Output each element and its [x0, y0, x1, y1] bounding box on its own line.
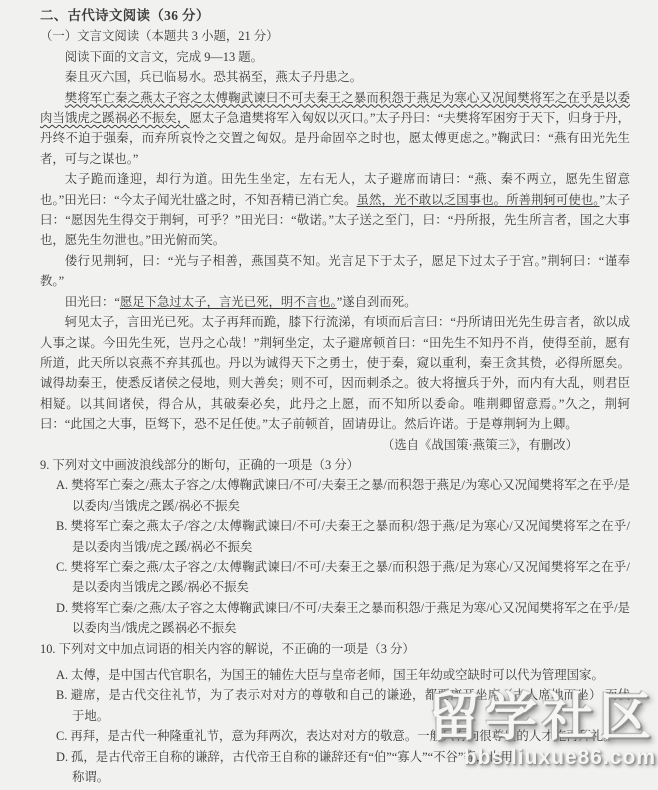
option-label: C. — [56, 729, 67, 743]
option-label: B. — [56, 688, 67, 702]
option-text: 樊将军亡秦之燕/太子容之/太傅鞠武谏曰/不可/夫秦王之暴/而积怨于燕/足为寒心/… — [70, 560, 630, 594]
q10-option-d: D.孤，是古代帝王自称的谦辞，古代帝王自称的谦辞还有“伯”“寡人”“不谷”等，也… — [56, 747, 630, 788]
passage-paragraph-5: 田光曰：“愿足下急过太子，言光已死，明不言也。”遂自刭而死。 — [40, 292, 630, 312]
q10-option-b: B.避席，是古代交往礼节，为了表示对对方的尊敬和自己的谦逊，都要离开坐席（古人席… — [56, 685, 630, 726]
option-label: D. — [56, 750, 68, 764]
passage-source-attribution: （选自《战国策·燕策三》，有删改） — [40, 435, 630, 455]
option-label: A. — [56, 478, 68, 492]
option-text: 太傅，是中国古代官职名，为国王的辅佐大臣与皇帝老师，国王年幼或空缺时可以代为管理… — [71, 668, 604, 682]
option-label: C. — [56, 560, 67, 574]
passage-text: 田光曰：“ — [65, 295, 120, 309]
passage-text: 偻行见荆轲，曰：“光与子相善，燕国莫不知。光言足下于太子，愿足下过太子于宫。”荆… — [40, 254, 630, 288]
option-label: D. — [56, 601, 68, 615]
passage-underlined-text: 虽然，光不敢以乏国事也。所善荆轲可使也。 — [357, 193, 600, 207]
passage-underlined-text: 愿足下急过太子，言光已死，明不言也。 — [120, 295, 337, 309]
subsection-title: （一）文言文阅读（本题共 3 小题，21 分） — [40, 26, 630, 46]
q10-option-c: C.再拜，是古代一种隆重礼节，意为拜两次，表达对对方的敬意。一般只有向很尊贵的人… — [56, 726, 630, 746]
passage-paragraph-3: 太子跪而逢迎，却行为道。田先生坐定，左右无人，太子避席而请曰：“燕、秦不两立，愿… — [40, 169, 630, 251]
option-text: 孤，是古代帝王自称的谦辞，古代帝王自称的谦辞还有“伯”“寡人”“不谷”等，也用 — [71, 750, 513, 764]
question-10-stem: 10. 下列对文中加点词语的相关内容的解说，不正确的一项是（3 分） — [40, 639, 630, 659]
passage-text: 轲见太子，言田光已死。太子再拜而跪，膝下行流涕，有顷而后言曰：“丹所请田光先生毋… — [40, 315, 630, 431]
passage-paragraph-6: 轲见太子，言田光已死。太子再拜而跪，膝下行流涕，有顷而后言曰：“丹所请田光先生毋… — [40, 312, 630, 434]
option-label: A. — [56, 668, 68, 682]
q10-option-a: A.太傅，是中国古代官职名，为国王的辅佐大臣与皇帝老师，国王年幼或空缺时可以代为… — [56, 665, 630, 685]
q9-option-d: D.樊将军亡秦/之燕/太子容之太傅鞠武谏曰/不可/夫秦王之暴而积怨/于燕足为寒/… — [56, 598, 630, 639]
passage-text: ”遂自刭而死。 — [337, 295, 417, 309]
option-label: B. — [56, 519, 67, 533]
option-text: 樊将军亡秦之/燕太子容之/太傅鞠武谏曰/不可/夫秦王之暴/而积怨于燕足/为寒心又… — [71, 478, 630, 512]
question-9-stem: 9. 下列对文中画波浪线部分的断句，正确的一项是（3 分） — [40, 455, 630, 475]
q9-option-b: B.樊将军亡秦之燕太子/容之/太傅鞠武谏曰/不可/夫秦王之暴而积/怨于燕/足为寒… — [56, 516, 630, 557]
question-10-options: A.太傅，是中国古代官职名，为国王的辅佐大臣与皇帝老师，国王年幼或空缺时可以代为… — [56, 665, 630, 787]
instruction: 阅读下面的文言文，完成 9—13 题。 — [40, 47, 630, 67]
section-title: 二、古代诗文阅读（36 分） — [40, 6, 630, 26]
passage-paragraph-1: 秦且灭六国，兵已临易水。恐其祸至，燕太子丹患之。 — [40, 67, 630, 87]
passage-text: 秦且灭六国，兵已临易水。恐其祸至，燕太子丹患之。 — [65, 70, 362, 84]
option-text: 樊将军亡秦之燕太子/容之/太傅鞠武谏曰/不可/夫秦王之暴而积/怨于燕/足为寒心/… — [70, 519, 630, 553]
exam-page: 二、古代诗文阅读（36 分） （一）文言文阅读（本题共 3 小题，21 分） 阅… — [0, 0, 658, 790]
option-text: 樊将军亡秦/之燕/太子容之太傅鞠武谏曰/不可/夫秦王之暴而积怨/于燕足为寒/心又… — [71, 601, 630, 635]
option-text-continued: 称谓。 — [72, 770, 109, 784]
option-text: 避席，是古代交往礼节，为了表示对对方的尊敬和自己的谦逊，都要离开坐席（古人席地而… — [70, 688, 630, 722]
option-text: 再拜，是古代一种隆重礼节，意为拜两次，表达对对方的敬意。一般只有向很尊贵的人才施… — [70, 729, 615, 743]
question-9-options: A.樊将军亡秦之/燕太子容之/太傅鞠武谏曰/不可/夫秦王之暴/而积怨于燕足/为寒… — [56, 475, 630, 638]
passage-paragraph-4: 偻行见荆轲，曰：“光与子相善，燕国莫不知。光言足下于太子，愿足下过太子于宫。”荆… — [40, 251, 630, 292]
q9-option-a: A.樊将军亡秦之/燕太子容之/太傅鞠武谏曰/不可/夫秦王之暴/而积怨于燕足/为寒… — [56, 475, 630, 516]
passage-paragraph-2: 樊将军亡秦之燕太子容之太傅鞠武谏曰不可夫秦王之暴而积怨于燕足为寒心又况闻樊将军之… — [40, 88, 630, 170]
q9-option-c: C.樊将军亡秦之燕/太子容之/太傅鞠武谏曰/不可/夫秦王之暴/而积怨于燕/足为寒… — [56, 557, 630, 598]
